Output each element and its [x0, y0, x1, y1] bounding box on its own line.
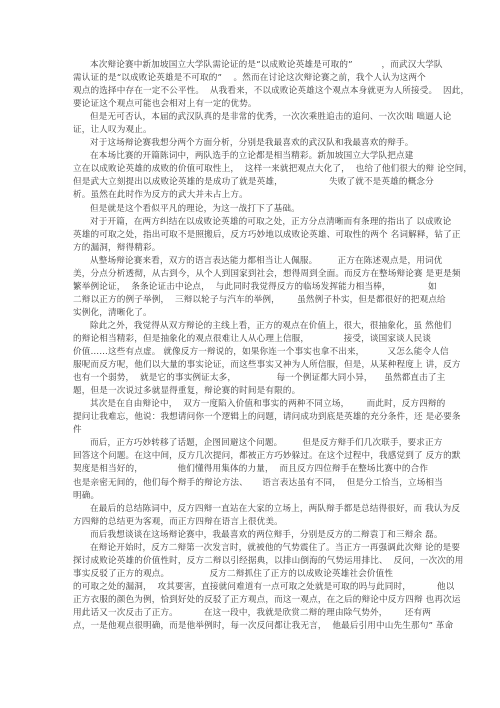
- text-line: 本次辩论赛中新加坡国立大学队需论证的是“以成败论英雄是可取的” ，而武汉大学队: [73, 59, 433, 72]
- text-line: 二辩以正方的例子举例， 三辩以轮子与汽车的举例， 虽然例子朴实，但是都很好的把观…: [73, 294, 433, 307]
- text-line: 提问让我难忘，他说：我想请问你一个逻辑上的问题，请问成功到底是英雄的充分条件，还…: [73, 411, 433, 424]
- text-line: 明确。: [73, 490, 433, 503]
- text-line: 对于这场辩论赛我想分两个方面分析，分别是我最喜欢的武汉队和我最喜欢的辩手。: [73, 137, 433, 150]
- text-line: 的可取之处的漏洞， 攻其要害，直接就问难道有一点可取之处就是可取的吗与此同时， …: [73, 581, 433, 594]
- text-line: 要论证这个观点可能也会相对上有一定的优势。: [73, 98, 433, 111]
- text-line: 除此之外，我觉得从双方辩论的主线上看，正方的观点在价值上，很大，很抽象化，虽 然…: [73, 320, 433, 333]
- text-line: 但是武大立刻提出以成败论英雄的是成功了就是英雄， 失败了就不是英雄的概念分: [73, 176, 433, 189]
- text-line: 也有一个弱势， 就是它的事实例证太多， 每一个例证都大同小异， 虽然都直击了主: [73, 372, 433, 385]
- text-line: 但是就是这个看似平凡的理论，为这一战打下了基础。: [73, 203, 433, 216]
- text-line: 点，一是他观点很明确，而是他举例时，每一次反问都让我无言， 他最后引用中山先生那…: [73, 620, 433, 633]
- text-line: 从整场辩论赛来看，双方的语言表达能力都相当让人佩服。 正方在陈述观点是，用词优: [73, 255, 433, 268]
- text-line: 契度是相当好的， 他们懂得用集体的力量， 而且反方四位辩手在整场比赛中的合作: [73, 463, 433, 476]
- text-line: 题，但是一次说过多就显得重复，辩论赛的时间是有限的。: [73, 385, 433, 398]
- text-line: 用此话又一次反击了正方。 在这一段中，我就是欣赏二辩的理由除气势外， 还有两: [73, 607, 433, 620]
- text-line: 析。虽然在此时作为反方的武大并未占上方。: [73, 189, 433, 202]
- text-line: 其次是在自由辩论中， 双方一度陷入价值和事实的两种不同立场， 而此时，反方四辩的: [73, 398, 433, 411]
- text-line: 探讨成败论英雄的价值性时，反方二辩以引经据典，以排山倒海的气势运用排比、 反问，…: [73, 555, 433, 568]
- text-line: 繁举例论证， 条条论证击中论点， 与此同时我觉得反方的临场发挥能力相当棒， 如: [73, 281, 433, 294]
- text-line: 事实反驳了正方的观点。 反方二辩抓住了正方的以成败论英雄社会价值性: [73, 568, 433, 581]
- text-line: 实例化，清晰化了。: [73, 307, 433, 320]
- text-line: 方四辩的总结更为客观，而正方四辩在语言上很优美。: [73, 516, 433, 529]
- text-line: 回答这个问题。在这中间，反方几次提问，都被正方巧妙躲过。在这个过程中，我感觉到了…: [73, 450, 433, 463]
- text-line: 价值……这些有点虚。 就像反方一辩说的，如果你连一个事实也拿不出来， 又怎么能令…: [73, 346, 433, 359]
- text-line: 证，让人叹为观止。: [73, 124, 433, 137]
- text-line: 方的漏洞，辩得精彩。: [73, 242, 433, 255]
- text-line: 而后我想谈谈在这场辩论赛中，我最喜欢的两位辩手，分别是反方的二辩袁丁和三辩余 磊…: [73, 529, 433, 542]
- text-line: 服呢而反方呢，他们以大量的事实论证，而这些事实又神为人所信服，但是，从某种程度上…: [73, 359, 433, 372]
- text-line: 立在以成败论英雄的成败的价值可取性上， 这样一来就把观点大化了， 也给了他们很大…: [73, 163, 433, 176]
- text-line: 件: [73, 424, 433, 437]
- text-line: 的辩论相当精彩，但是抽象化的观点很难让人从心理上信服， 接受，谈国家谈人民谈: [73, 333, 433, 346]
- text-line: 在本场比赛的开篇陈词中，两队选手的立论都是相当精彩。新加坡国立大学队把点建: [73, 150, 433, 163]
- text-line: 而后，正方巧妙转移了话题，企图回避这个问题。 但是反方辩手们几次联手，要求正方: [73, 437, 433, 450]
- text-line: 但是无可否认，本届的武汉队真的是非常的优秀，一次次乘胜追击的追问、一次次咄 咄逼…: [73, 111, 433, 124]
- text-line: 美，分点分析透彻，从古到今，从个人到国家到社会，想得周到全面。而反方在整场辩论赛…: [73, 268, 433, 281]
- document-page: 本次辩论赛中新加坡国立大学队需论证的是“以成败论英雄是可取的” ，而武汉大学队需…: [0, 0, 500, 708]
- text-line: 观点的选择中存在一定不公平性。 从我看来，不以成败论英雄这个观点本身就更为人所接…: [73, 85, 433, 98]
- document-body: 本次辩论赛中新加坡国立大学队需论证的是“以成败论英雄是可取的” ，而武汉大学队需…: [73, 59, 433, 633]
- text-line: 需认证的是“以成败论英雄是不可取的” 。然而在讨论这次辩论赛之前，我个人认为这两…: [73, 72, 433, 85]
- text-line: 正方衣服的颜色为例，恰到好处的反驳了正方观点，而这一观点，在之后的辩论中反方四辩…: [73, 594, 433, 607]
- text-line: 对于开篇，在两方纠结在以成败论英雄的可取之处，正方分点清晰而有条理的指出了 以成…: [73, 216, 433, 229]
- text-line: 英雄的可取之处，指出可取不是照搬后，反方巧妙地以成败论英雄、可取性的两个 名词解…: [73, 229, 433, 242]
- text-line: 在辩论开始时，反方二辩第一次发言时，就被他的气势震住了。当正方一再强调此次辩 论…: [73, 542, 433, 555]
- text-line: 在最后的总结陈词中，反方四辩一直站在大家的立场上，两队辩手都是总结得很好，而 我…: [73, 503, 433, 516]
- text-line: 也是亲密无间的，他们每个辩手的辩论方法、 语言表达虽有不同， 但是分工恰当，立场…: [73, 477, 433, 490]
